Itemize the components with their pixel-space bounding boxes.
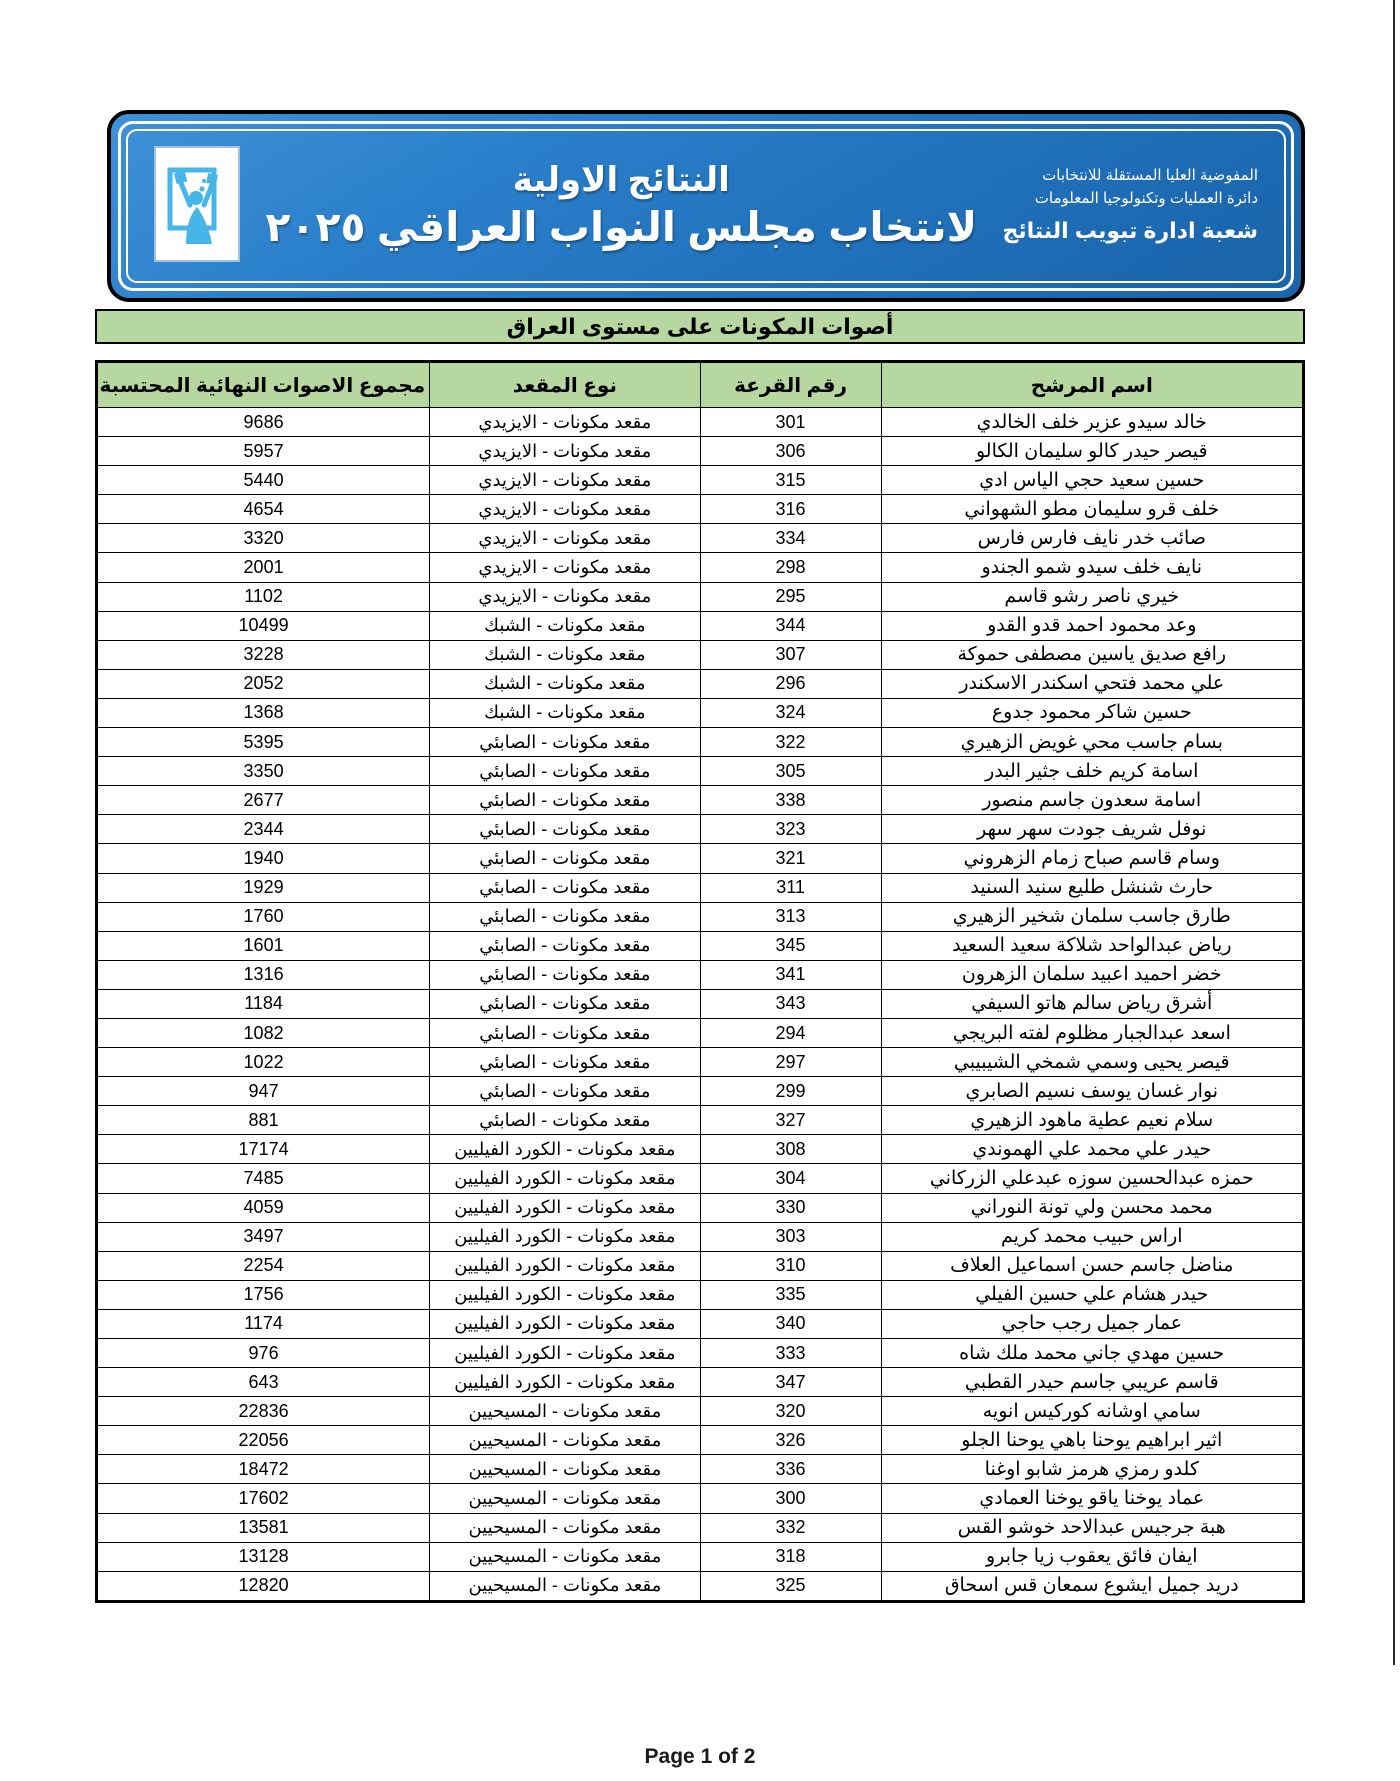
candidate-name-cell: قاسم عريبي جاسم حيدر القطبي (881, 1368, 1303, 1397)
total-votes-cell: 976 (97, 1339, 430, 1368)
candidate-name-cell: أشرق رياض سالم هاتو السيفي (881, 989, 1303, 1018)
table-row: محمد محسن ولي تونة النوراني 330 مقعد مكو… (97, 1193, 1304, 1222)
total-votes-cell: 5957 (97, 437, 430, 466)
seat-type-cell: مقعد مكونات - الصابئي (430, 786, 700, 815)
seat-type-cell: مقعد مكونات - الايزيدي (430, 553, 700, 582)
lottery-number-cell: 335 (700, 1280, 881, 1309)
seat-type-cell: مقعد مكونات - المسيحيين (430, 1542, 700, 1571)
lottery-number-cell: 306 (700, 437, 881, 466)
total-votes-cell: 5440 (97, 466, 430, 495)
lottery-number-cell: 321 (700, 844, 881, 873)
seat-type-cell: مقعد مكونات - المسيحيين (430, 1513, 700, 1542)
lottery-number-cell: 299 (700, 1077, 881, 1106)
total-votes-cell: 7485 (97, 1164, 430, 1193)
lottery-number-cell: 324 (700, 698, 881, 727)
candidate-name-cell: حيدر هشام علي حسين الفيلي (881, 1280, 1303, 1309)
seat-type-cell: مقعد مكونات - الكورد الفيليين (430, 1135, 700, 1164)
lottery-number-cell: 308 (700, 1135, 881, 1164)
header-banner: المفوضية العليا المستقلة للانتخابات دائر… (107, 110, 1305, 302)
lottery-number-cell: 318 (700, 1542, 881, 1571)
table-row: نوفل شريف جودت سهر سهر 323 مقعد مكونات -… (97, 815, 1304, 844)
candidate-name-cell: خالد سيدو عزير خلف الخالدي (881, 408, 1303, 437)
table-row: وعد محمود احمد قدو القدو 344 مقعد مكونات… (97, 611, 1304, 640)
total-votes-cell: 9686 (97, 408, 430, 437)
lottery-number-cell: 307 (700, 640, 881, 669)
table-row: نايف خلف سيدو شمو الجندو 298 مقعد مكونات… (97, 553, 1304, 582)
seat-type-cell: مقعد مكونات - الصابئي (430, 1106, 700, 1135)
table-row: اراس حبيب محمد كريم 303 مقعد مكونات - ال… (97, 1222, 1304, 1251)
total-votes-cell: 2344 (97, 815, 430, 844)
total-votes-cell: 10499 (97, 611, 430, 640)
column-header-seat-type: نوع المقعد (430, 362, 700, 408)
org-line-division: شعبة ادارة تبويب النتائج (1003, 214, 1258, 248)
seat-type-cell: مقعد مكونات - الكورد الفيليين (430, 1339, 700, 1368)
candidate-name-cell: خضر احميد اعبيد سلمان الزهرون (881, 960, 1303, 989)
candidate-name-cell: خلف قرو سليمان مطو الشهواني (881, 495, 1303, 524)
lottery-number-cell: 300 (700, 1484, 881, 1513)
seat-type-cell: مقعد مكونات - الصابئي (430, 815, 700, 844)
seat-type-cell: مقعد مكونات - الصابئي (430, 902, 700, 931)
table-row: حسين شاكر محمود جدوع 324 مقعد مكونات - ا… (97, 698, 1304, 727)
seat-type-cell: مقعد مكونات - الصابئي (430, 960, 700, 989)
lottery-number-cell: 301 (700, 408, 881, 437)
candidate-name-cell: ايفان فائق يعقوب زيا جابرو (881, 1542, 1303, 1571)
seat-type-cell: مقعد مكونات - الكورد الفيليين (430, 1368, 700, 1397)
candidate-name-cell: رافع صديق ياسين مصطفى حموكة (881, 640, 1303, 669)
candidate-name-cell: نايف خلف سيدو شمو الجندو (881, 553, 1303, 582)
lottery-number-cell: 326 (700, 1426, 881, 1455)
seat-type-cell: مقعد مكونات - الكورد الفيليين (430, 1251, 700, 1280)
total-votes-cell: 2052 (97, 669, 430, 698)
seat-type-cell: مقعد مكونات - الشبك (430, 640, 700, 669)
seat-type-cell: مقعد مكونات - الشبك (430, 669, 700, 698)
table-row: سلام نعيم عطية ماهود الزهيري 327 مقعد مك… (97, 1106, 1304, 1135)
lottery-number-cell: 313 (700, 902, 881, 931)
total-votes-cell: 13128 (97, 1542, 430, 1571)
total-votes-cell: 1760 (97, 902, 430, 931)
table-row: حارث شنشل طليع سنيد السنيد 311 مقعد مكون… (97, 873, 1304, 902)
total-votes-cell: 1316 (97, 960, 430, 989)
total-votes-cell: 17174 (97, 1135, 430, 1164)
table-row: خلف قرو سليمان مطو الشهواني 316 مقعد مكو… (97, 495, 1304, 524)
table-row: حيدر علي محمد علي الهموندي 308 مقعد مكون… (97, 1135, 1304, 1164)
candidate-name-cell: سامي اوشانه كوركيس انويه (881, 1397, 1303, 1426)
seat-type-cell: مقعد مكونات - الكورد الفيليين (430, 1309, 700, 1338)
lottery-number-cell: 296 (700, 669, 881, 698)
candidate-name-cell: هبة جرجيس عبدالاحد خوشو القس (881, 1513, 1303, 1542)
lottery-number-cell: 327 (700, 1106, 881, 1135)
candidate-name-cell: حسين مهدي جاني محمد ملك شاه (881, 1339, 1303, 1368)
total-votes-cell: 2677 (97, 786, 430, 815)
total-votes-cell: 2001 (97, 553, 430, 582)
seat-type-cell: مقعد مكونات - المسيحيين (430, 1397, 700, 1426)
total-votes-cell: 3350 (97, 757, 430, 786)
table-row: حسين مهدي جاني محمد ملك شاه 333 مقعد مكو… (97, 1339, 1304, 1368)
candidate-name-cell: بسام جاسب محي غويض الزهيري (881, 728, 1303, 757)
lottery-number-cell: 347 (700, 1368, 881, 1397)
lottery-number-cell: 310 (700, 1251, 881, 1280)
seat-type-cell: مقعد مكونات - الصابئي (430, 1048, 700, 1077)
candidate-name-cell: حسين سعيد حجي الياس ادي (881, 466, 1303, 495)
seat-type-cell: مقعد مكونات - الشبك (430, 698, 700, 727)
total-votes-cell: 3497 (97, 1222, 430, 1251)
table-row: قيصر حيدر كالو سليمان الكالو 306 مقعد مك… (97, 437, 1304, 466)
lottery-number-cell: 340 (700, 1309, 881, 1338)
total-votes-cell: 18472 (97, 1455, 430, 1484)
candidate-name-cell: حارث شنشل طليع سنيد السنيد (881, 873, 1303, 902)
lottery-number-cell: 343 (700, 989, 881, 1018)
total-votes-cell: 4059 (97, 1193, 430, 1222)
candidate-name-cell: سلام نعيم عطية ماهود الزهيري (881, 1106, 1303, 1135)
lottery-number-cell: 334 (700, 524, 881, 553)
seat-type-cell: مقعد مكونات - الصابئي (430, 1077, 700, 1106)
total-votes-cell: 22836 (97, 1397, 430, 1426)
candidate-name-cell: طارق جاسب سلمان شخير الزهيري (881, 902, 1303, 931)
seat-type-cell: مقعد مكونات - الصابئي (430, 844, 700, 873)
table-row: طارق جاسب سلمان شخير الزهيري 313 مقعد مك… (97, 902, 1304, 931)
total-votes-cell: 2254 (97, 1251, 430, 1280)
total-votes-cell: 12820 (97, 1571, 430, 1601)
candidate-name-cell: دريد جميل ايشوع سمعان قس اسحاق (881, 1571, 1303, 1601)
table-row: عمار جميل رجب حاجي 340 مقعد مكونات - الك… (97, 1309, 1304, 1338)
total-votes-cell: 1082 (97, 1018, 430, 1047)
results-table-container: اسم المرشح رقم القرعة نوع المقعد مجموع ا… (95, 360, 1305, 1603)
title-line-2: لانتخاب مجلس النواب العراقي ٢٠٢٥ (252, 202, 991, 253)
candidate-name-cell: عمار جميل رجب حاجي (881, 1309, 1303, 1338)
section-title-bar: أصوات المكونات على مستوى العراق (95, 309, 1305, 344)
seat-type-cell: مقعد مكونات - المسيحيين (430, 1571, 700, 1601)
seat-type-cell: مقعد مكونات - الايزيدي (430, 495, 700, 524)
total-votes-cell: 1756 (97, 1280, 430, 1309)
candidate-name-cell: حسين شاكر محمود جدوع (881, 698, 1303, 727)
page-number: Page 1 of 2 (0, 1745, 1400, 1769)
table-row: نوار غسان يوسف نسيم الصابري 299 مقعد مكو… (97, 1077, 1304, 1106)
seat-type-cell: مقعد مكونات - الايزيدي (430, 524, 700, 553)
seat-type-cell: مقعد مكونات - المسيحيين (430, 1426, 700, 1455)
seat-type-cell: مقعد مكونات - الكورد الفيليين (430, 1193, 700, 1222)
candidate-name-cell: نوار غسان يوسف نسيم الصابري (881, 1077, 1303, 1106)
table-row: اثير ابراهيم يوحنا باهي يوحنا الجلو 326 … (97, 1426, 1304, 1455)
table-row: قاسم عريبي جاسم حيدر القطبي 347 مقعد مكو… (97, 1368, 1304, 1397)
banner-white-frame-inner: المفوضية العليا المستقلة للانتخابات دائر… (126, 129, 1286, 283)
table-row: دريد جميل ايشوع سمعان قس اسحاق 325 مقعد … (97, 1571, 1304, 1601)
seat-type-cell: مقعد مكونات - الصابئي (430, 1018, 700, 1047)
lottery-number-cell: 305 (700, 757, 881, 786)
column-header-candidate-name: اسم المرشح (881, 362, 1303, 408)
lottery-number-cell: 333 (700, 1339, 881, 1368)
total-votes-cell: 1601 (97, 931, 430, 960)
lottery-number-cell: 341 (700, 960, 881, 989)
table-row: اسامة سعدون جاسم منصور 338 مقعد مكونات -… (97, 786, 1304, 815)
lottery-number-cell: 338 (700, 786, 881, 815)
candidate-name-cell: قيصر يحيى وسمي شمخي الشيبيبي (881, 1048, 1303, 1077)
table-row: مناضل جاسم حسن اسماعيل العلاف 310 مقعد م… (97, 1251, 1304, 1280)
lottery-number-cell: 332 (700, 1513, 881, 1542)
candidate-name-cell: صائب خدر نايف فارس فارس (881, 524, 1303, 553)
lottery-number-cell: 295 (700, 582, 881, 611)
candidate-name-cell: نوفل شريف جودت سهر سهر (881, 815, 1303, 844)
total-votes-cell: 1174 (97, 1309, 430, 1338)
section-title-label: أصوات المكونات على مستوى العراق (507, 314, 894, 340)
table-row: خالد سيدو عزير خلف الخالدي 301 مقعد مكون… (97, 408, 1304, 437)
lottery-number-cell: 298 (700, 553, 881, 582)
table-row: أشرق رياض سالم هاتو السيفي 343 مقعد مكون… (97, 989, 1304, 1018)
total-votes-cell: 1022 (97, 1048, 430, 1077)
candidate-name-cell: عماد يوخنا ياقو يوخنا العمادي (881, 1484, 1303, 1513)
lottery-number-cell: 303 (700, 1222, 881, 1251)
seat-type-cell: مقعد مكونات - الكورد الفيليين (430, 1280, 700, 1309)
candidate-name-cell: حمزه عبدالحسين سوزه عبدعلي الزركاني (881, 1164, 1303, 1193)
lottery-number-cell: 320 (700, 1397, 881, 1426)
seat-type-cell: مقعد مكونات - الكورد الفيليين (430, 1164, 700, 1193)
lottery-number-cell: 336 (700, 1455, 881, 1484)
total-votes-cell: 3320 (97, 524, 430, 553)
candidate-name-cell: كلدو رمزي هرمز شابو اوغنا (881, 1455, 1303, 1484)
results-table: اسم المرشح رقم القرعة نوع المقعد مجموع ا… (95, 360, 1305, 1603)
total-votes-cell: 22056 (97, 1426, 430, 1455)
table-row: اسامة كريم خلف جثير البدر 305 مقعد مكونا… (97, 757, 1304, 786)
seat-type-cell: مقعد مكونات - الايزيدي (430, 466, 700, 495)
table-row: وسام قاسم صباح زمام الزهروني 321 مقعد مك… (97, 844, 1304, 873)
table-header-row: اسم المرشح رقم القرعة نوع المقعد مجموع ا… (97, 362, 1304, 408)
table-row: كلدو رمزي هرمز شابو اوغنا 336 مقعد مكونا… (97, 1455, 1304, 1484)
lottery-number-cell: 315 (700, 466, 881, 495)
candidate-name-cell: اسامة سعدون جاسم منصور (881, 786, 1303, 815)
table-row: بسام جاسب محي غويض الزهيري 322 مقعد مكون… (97, 728, 1304, 757)
seat-type-cell: مقعد مكونات - الكورد الفيليين (430, 1222, 700, 1251)
lottery-number-cell: 322 (700, 728, 881, 757)
lottery-number-cell: 316 (700, 495, 881, 524)
banner-white-frame-outer: المفوضية العليا المستقلة للانتخابات دائر… (118, 121, 1294, 291)
table-row: حيدر هشام علي حسين الفيلي 335 مقعد مكونا… (97, 1280, 1304, 1309)
total-votes-cell: 5395 (97, 728, 430, 757)
org-line-department: دائرة العمليات وتكنولوجيا المعلومات (1003, 187, 1258, 210)
candidate-name-cell: رياض عبدالواحد شلاكة سعيد السعيد (881, 931, 1303, 960)
candidate-name-cell: قيصر حيدر كالو سليمان الكالو (881, 437, 1303, 466)
candidate-name-cell: اثير ابراهيم يوحنا باهي يوحنا الجلو (881, 1426, 1303, 1455)
total-votes-cell: 643 (97, 1368, 430, 1397)
column-header-lottery-number: رقم القرعة (700, 362, 881, 408)
candidate-name-cell: اراس حبيب محمد كريم (881, 1222, 1303, 1251)
header-title: النتائج الاولية لانتخاب مجلس النواب العر… (252, 159, 991, 253)
table-row: اسعد عبدالجبار مظلوم لفته البريجي 294 مق… (97, 1018, 1304, 1047)
seat-type-cell: مقعد مكونات - الايزيدي (430, 582, 700, 611)
table-row: عماد يوخنا ياقو يوخنا العمادي 300 مقعد م… (97, 1484, 1304, 1513)
table-row: علي محمد فتحي اسكندر الاسكندر 296 مقعد م… (97, 669, 1304, 698)
total-votes-cell: 1184 (97, 989, 430, 1018)
header-org-text: المفوضية العليا المستقلة للانتخابات دائر… (1003, 164, 1258, 249)
total-votes-cell: 1368 (97, 698, 430, 727)
table-row: خيري ناصر رشو قاسم 295 مقعد مكونات - الا… (97, 582, 1304, 611)
lottery-number-cell: 325 (700, 1571, 881, 1601)
candidate-name-cell: خيري ناصر رشو قاسم (881, 582, 1303, 611)
candidate-name-cell: اسامة كريم خلف جثير البدر (881, 757, 1303, 786)
table-row: سامي اوشانه كوركيس انويه 320 مقعد مكونات… (97, 1397, 1304, 1426)
seat-type-cell: مقعد مكونات - الصابئي (430, 931, 700, 960)
lottery-number-cell: 304 (700, 1164, 881, 1193)
candidate-name-cell: وعد محمود احمد قدو القدو (881, 611, 1303, 640)
total-votes-cell: 3228 (97, 640, 430, 669)
table-row: رافع صديق ياسين مصطفى حموكة 307 مقعد مكو… (97, 640, 1304, 669)
candidate-name-cell: اسعد عبدالجبار مظلوم لفته البريجي (881, 1018, 1303, 1047)
lottery-number-cell: 311 (700, 873, 881, 902)
document-page: المفوضية العليا المستقلة للانتخابات دائر… (0, 0, 1400, 1781)
total-votes-cell: 1940 (97, 844, 430, 873)
lottery-number-cell: 330 (700, 1193, 881, 1222)
candidate-name-cell: محمد محسن ولي تونة النوراني (881, 1193, 1303, 1222)
total-votes-cell: 1102 (97, 582, 430, 611)
seat-type-cell: مقعد مكونات - الشبك (430, 611, 700, 640)
page-edge-line (1393, 0, 1395, 1665)
lottery-number-cell: 345 (700, 931, 881, 960)
total-votes-cell: 17602 (97, 1484, 430, 1513)
table-row: حسين سعيد حجي الياس ادي 315 مقعد مكونات … (97, 466, 1304, 495)
total-votes-cell: 4654 (97, 495, 430, 524)
total-votes-cell: 881 (97, 1106, 430, 1135)
table-row: ايفان فائق يعقوب زيا جابرو 318 مقعد مكون… (97, 1542, 1304, 1571)
total-votes-cell: 13581 (97, 1513, 430, 1542)
seat-type-cell: مقعد مكونات - المسيحيين (430, 1455, 700, 1484)
table-row: قيصر يحيى وسمي شمخي الشيبيبي 297 مقعد مك… (97, 1048, 1304, 1077)
candidate-name-cell: حيدر علي محمد علي الهموندي (881, 1135, 1303, 1164)
lottery-number-cell: 323 (700, 815, 881, 844)
candidate-name-cell: وسام قاسم صباح زمام الزهروني (881, 844, 1303, 873)
lottery-number-cell: 294 (700, 1018, 881, 1047)
seat-type-cell: مقعد مكونات - الصابئي (430, 757, 700, 786)
table-row: خضر احميد اعبيد سلمان الزهرون 341 مقعد م… (97, 960, 1304, 989)
lottery-number-cell: 297 (700, 1048, 881, 1077)
title-line-1: النتائج الاولية (252, 159, 991, 202)
candidate-name-cell: مناضل جاسم حسن اسماعيل العلاف (881, 1251, 1303, 1280)
table-row: صائب خدر نايف فارس فارس 334 مقعد مكونات … (97, 524, 1304, 553)
table-row: حمزه عبدالحسين سوزه عبدعلي الزركاني 304 … (97, 1164, 1304, 1193)
seat-type-cell: مقعد مكونات - الصابئي (430, 873, 700, 902)
table-row: رياض عبدالواحد شلاكة سعيد السعيد 345 مقع… (97, 931, 1304, 960)
seat-type-cell: مقعد مكونات - المسيحيين (430, 1484, 700, 1513)
total-votes-cell: 947 (97, 1077, 430, 1106)
lottery-number-cell: 344 (700, 611, 881, 640)
total-votes-cell: 1929 (97, 873, 430, 902)
seat-type-cell: مقعد مكونات - الايزيدي (430, 437, 700, 466)
seat-type-cell: مقعد مكونات - الصابئي (430, 728, 700, 757)
org-line-commission: المفوضية العليا المستقلة للانتخابات (1003, 164, 1258, 187)
seat-type-cell: مقعد مكونات - الايزيدي (430, 408, 700, 437)
ihec-logo-icon (154, 146, 240, 267)
results-table-body: خالد سيدو عزير خلف الخالدي 301 مقعد مكون… (97, 408, 1304, 1602)
candidate-name-cell: علي محمد فتحي اسكندر الاسكندر (881, 669, 1303, 698)
seat-type-cell: مقعد مكونات - الصابئي (430, 989, 700, 1018)
table-row: هبة جرجيس عبدالاحد خوشو القس 332 مقعد مك… (97, 1513, 1304, 1542)
column-header-total-votes: مجموع الاصوات النهائية المحتسبة (97, 362, 430, 408)
